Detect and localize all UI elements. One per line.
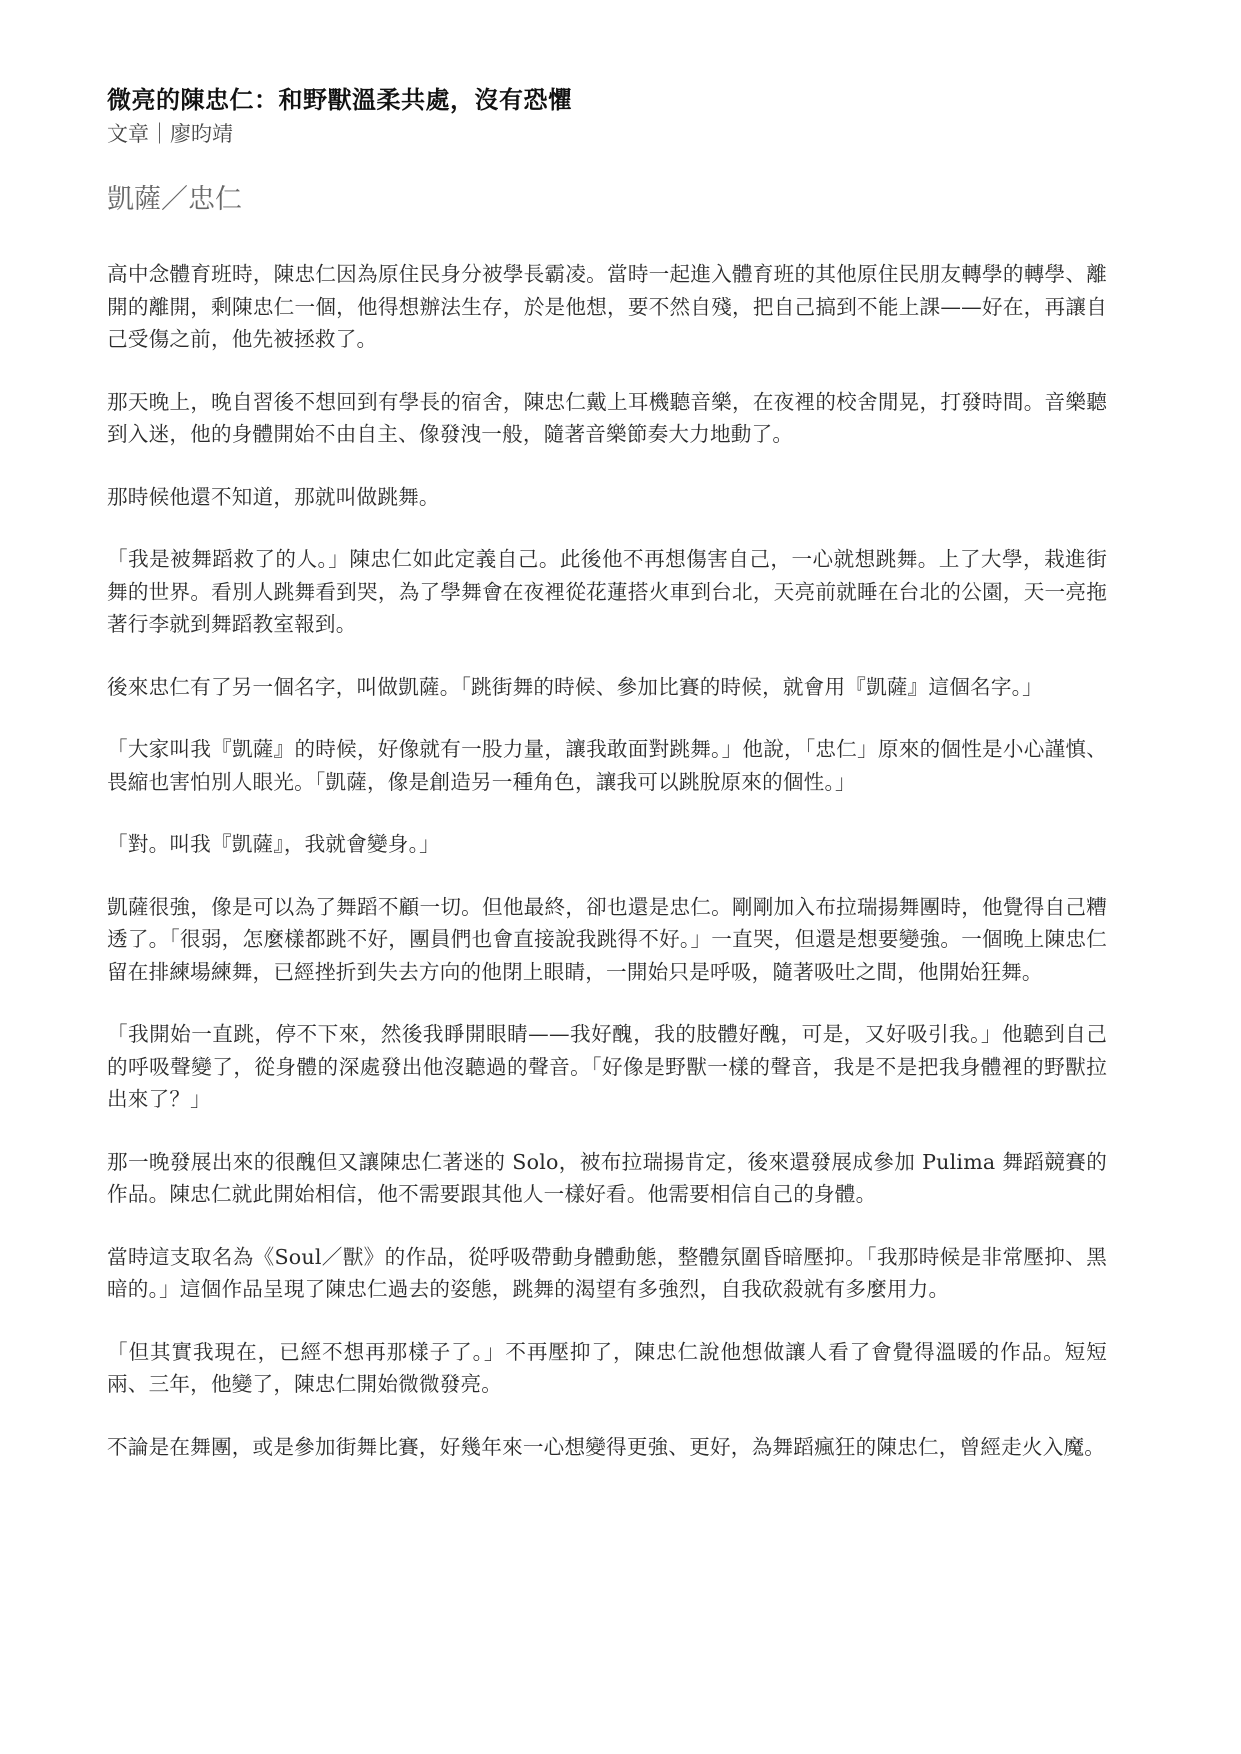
paragraph: 不論是在舞團，或是參加街舞比賽，好幾年來一心想變得更強、更好，為舞蹈瘋狂的陳忠仁… [107,1431,1107,1464]
paragraph: 那時候他還不知道，那就叫做跳舞。 [107,481,1107,514]
paragraph: 高中念體育班時，陳忠仁因為原住民身分被學長霸凌。當時一起進入體育班的其他原住民朋… [107,258,1107,356]
paragraph: 那一晚發展出來的很醜但又讓陳忠仁著迷的 Solo，被布拉瑞揚肯定，後來還發展成參… [107,1146,1107,1211]
paragraph: 那天晚上，晚自習後不想回到有學長的宿舍，陳忠仁戴上耳機聽音樂，在夜裡的校舍閒晃，… [107,386,1107,451]
article-title: 微亮的陳忠仁：和野獸溫柔共處，沒有恐懼 [107,82,1107,118]
paragraph: 「大家叫我『凱薩』的時候，好像就有一股力量，讓我敢面對跳舞。」他說，「忠仁」原來… [107,733,1107,798]
article-body: 高中念體育班時，陳忠仁因為原住民身分被學長霸凌。當時一起進入體育班的其他原住民朋… [107,258,1107,1463]
section-heading: 凱薩／忠仁 [107,180,1107,220]
document-page: 微亮的陳忠仁：和野獸溫柔共處，沒有恐懼 文章｜廖昀靖 凱薩／忠仁 高中念體育班時… [107,82,1107,1493]
paragraph: 「對。叫我『凱薩』，我就會變身。」 [107,828,1107,861]
paragraph: 「但其實我現在，已經不想再那樣子了。」不再壓抑了，陳忠仁說他想做讓人看了會覺得溫… [107,1336,1107,1401]
paragraph: 當時這支取名為《Soul／獸》的作品，從呼吸帶動身體動態，整體氛圍昏暗壓抑。「我… [107,1241,1107,1306]
paragraph: 「我是被舞蹈救了的人。」陳忠仁如此定義自己。此後他不再想傷害自己，一心就想跳舞。… [107,543,1107,641]
article-byline: 文章｜廖昀靖 [107,118,1107,150]
paragraph: 後來忠仁有了另一個名字，叫做凱薩。「跳街舞的時候、參加比賽的時候，就會用『凱薩』… [107,671,1107,704]
paragraph: 「我開始一直跳，停不下來，然後我睜開眼睛——我好醜，我的肢體好醜，可是，又好吸引… [107,1018,1107,1116]
paragraph: 凱薩很強，像是可以為了舞蹈不顧一切。但他最終，卻也還是忠仁。剛剛加入布拉瑞揚舞團… [107,891,1107,989]
